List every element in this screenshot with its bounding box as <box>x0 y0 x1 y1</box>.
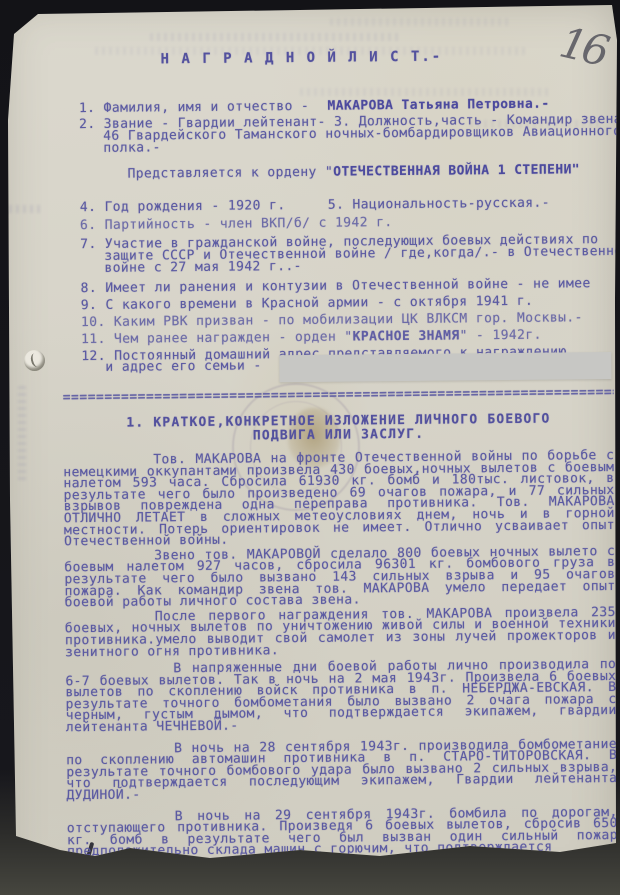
field-previous-awards: 11. Чем ранее награжден - орден "КРАСНОЕ… <box>81 329 613 346</box>
field-rank-position: 2. Звание - Гвардии лейтенант- 3. Должно… <box>79 114 620 155</box>
field-army-service-since: 9. С какого времени в Красной армии - с … <box>81 295 613 312</box>
field-war-participation: 7. Участие в гражданской войне, последую… <box>80 234 620 275</box>
field-name-label: 1. Фамилия, имя и отчество - <box>79 99 309 116</box>
field-drafted-by: 10. Каким РВК призван - по мобилизации Ц… <box>81 312 613 329</box>
citation-paragraph: В ночь на 29 сентября 1943г. бомбила по … <box>67 807 618 859</box>
home-address-label: и адрес его семьи - <box>105 360 261 373</box>
citation-paragraph: В ночь на 28 сентября 1943г. производила… <box>66 739 618 802</box>
previous-award-suffix: " - 1942г. <box>459 328 541 344</box>
document-title: Н А Г Р А Д Н О Й Л И С Т.- <box>56 50 546 67</box>
previous-award-label: 11. Чем ранее награжден - орден " <box>81 329 353 347</box>
presented-label: Представляется к ордену " <box>127 165 333 182</box>
typed-content: Н А Г Р А Д Н О Й Л И С Т.- 1. Фамилия, … <box>0 0 620 895</box>
citation-paragraph: В напряженные дни боевой работы лично пр… <box>65 659 617 734</box>
previous-award-name: КРАСНОЕ ЗНАМЯ <box>353 328 460 344</box>
field-presented-to: Представляется к ордену "ОТЕЧЕСТВЕННАЯ В… <box>127 164 617 181</box>
field-nationality: 5. Национальность-русская.- <box>328 198 550 212</box>
citation-body: Тов. МАКАРОВА на фронте Отечественной во… <box>63 450 618 858</box>
typed-divider: ========================================… <box>63 387 614 406</box>
field-party-membership: 6. Партийность - член ВКП/б/ с 1942 г. <box>80 215 612 232</box>
field-home-address-line2: и адрес его семьи - <box>105 357 611 389</box>
field-birth-year: 4. Год рождения - 1920 г. <box>80 198 286 215</box>
citation-paragraph: Звено тов. МАКАРОВОЙ сделало 800 боевых … <box>64 546 616 609</box>
presented-suffix: " <box>572 162 580 177</box>
field-row-birth-nationality: 4. Год рождения - 1920 г. 5. Национально… <box>80 197 612 214</box>
scan-background: Н А Г Р А Д Н О Й Л И С Т.- 1. Фамилия, … <box>0 0 620 895</box>
citation-paragraph: Тов. МАКАРОВА на фронте Отечественной во… <box>63 450 615 548</box>
citation-paragraph: После первого награждения тов. МАКАРОВА … <box>65 607 616 659</box>
order-name: ОТЕЧЕСТВЕННАЯ ВОЙНА 1 СТЕПЕНИ <box>333 162 572 179</box>
document-page: Н А Г Р А Д Н О Й Л И С Т.- 1. Фамилия, … <box>0 0 620 895</box>
field-wounds: 8. Имеет ли ранения и контузии в Отечест… <box>81 278 613 295</box>
field-name-value: МАКАРОВА Татьяна Петровна.- <box>327 97 549 114</box>
redacted-address-block <box>280 352 612 382</box>
